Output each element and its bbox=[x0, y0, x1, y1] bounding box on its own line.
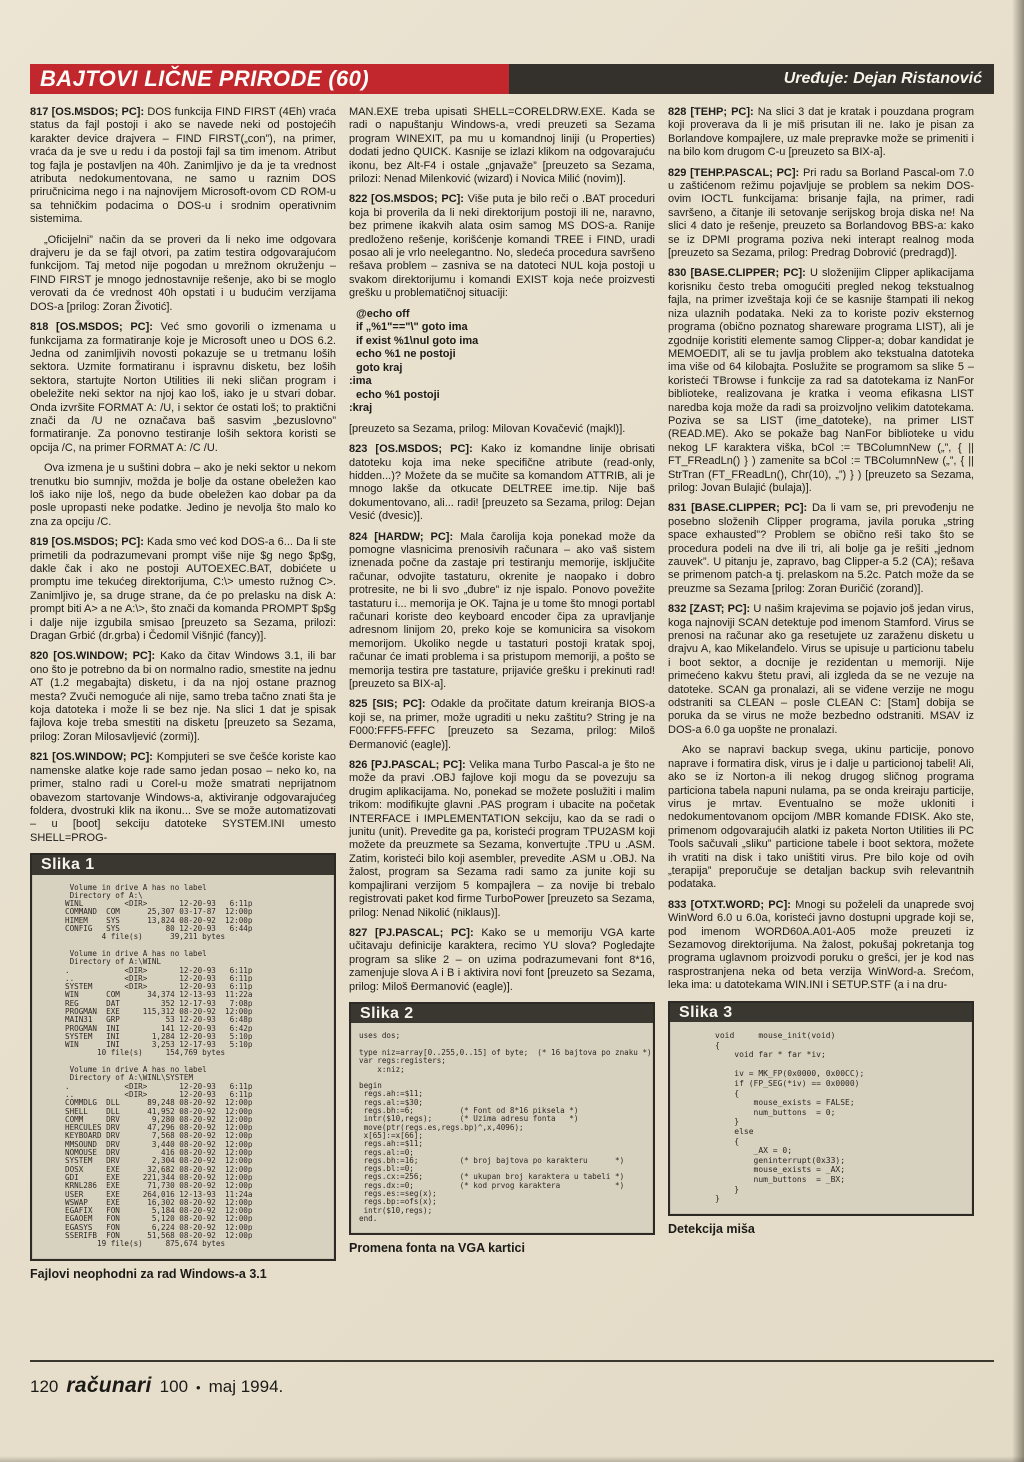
page-footer: 120 računari 100 • maj 1994. bbox=[30, 1374, 283, 1398]
footer-divider bbox=[30, 1360, 994, 1362]
tip-entry: 832 [ZAST; PC]: U našim krajevima se poj… bbox=[668, 603, 974, 737]
tip-lead: 820 [OS.WINDOW; PC]: bbox=[30, 650, 155, 662]
tip-entry: 817 [OS.MSDOS; PC]: DOS funkcija FIND FI… bbox=[30, 106, 336, 227]
magazine-logo: računari bbox=[66, 1374, 151, 1398]
code-line: if „%1"=="\" goto ima bbox=[349, 321, 655, 335]
tip-lead: 831 [BASE.CLIPPER; PC]: bbox=[668, 502, 807, 514]
code-line: :ima bbox=[349, 375, 655, 389]
tip-entry: 821 [OS.WINDOW; PC]: Kompjuteri se sve č… bbox=[30, 751, 336, 845]
column-3: 828 [TEHP; PC]: Na slici 3 dat je kratak… bbox=[668, 106, 974, 1242]
tip-entry: 829 [TEHP.PASCAL; PC]: Pri radu sa Borla… bbox=[668, 167, 974, 261]
tip-lead: 825 [SIS; PC]: bbox=[349, 698, 425, 710]
tip-lead: 824 [HARDW; PC]: bbox=[349, 531, 453, 543]
tip-entry: 831 [BASE.CLIPPER; PC]: Da li vam se, pr… bbox=[668, 502, 974, 596]
tip-lead: 817 [OS.MSDOS; PC]: bbox=[30, 106, 144, 118]
scan-edge-shadow bbox=[1012, 0, 1024, 1462]
tip-entry: 823 [OS.MSDOS; PC]: Kako iz komandne lin… bbox=[349, 443, 655, 523]
tip-entry: 820 [OS.WINDOW; PC]: Kako da čitav Windo… bbox=[30, 650, 336, 744]
footer-date: maj 1994. bbox=[209, 1377, 284, 1397]
tip-lead: 828 [TEHP; PC]: bbox=[668, 106, 754, 118]
article-columns: 817 [OS.MSDOS; PC]: DOS funkcija FIND FI… bbox=[0, 106, 1024, 1287]
figure-caption: Detekcija miša bbox=[668, 1223, 974, 1236]
figure-title: Slika 2 bbox=[351, 1004, 653, 1023]
page-header-banner: BAJTOVI LIČNE PRIRODE (60) Uređuje: Deja… bbox=[30, 64, 994, 94]
tip-lead: 819 [OS.MSDOS; PC]: bbox=[30, 536, 144, 548]
editor-credit: Uređuje: Dejan Ristanović bbox=[509, 64, 994, 94]
figure-body: uses dos; type niz=array[0..255,0..15] o… bbox=[351, 1023, 653, 1233]
figure-slika2: Slika 2uses dos; type niz=array[0..255,0… bbox=[349, 1002, 655, 1235]
code-line: if exist %1\nul goto ima bbox=[349, 335, 655, 349]
tip-lead: 818 [OS.MSDOS; PC]: bbox=[30, 321, 153, 333]
column-1: 817 [OS.MSDOS; PC]: DOS funkcija FIND FI… bbox=[30, 106, 336, 1287]
tip-lead: 822 [OS.MSDOS; PC]: bbox=[349, 193, 464, 205]
tip-entry: 833 [OTXT.WORD; PC]: Mnogi su poželeli d… bbox=[668, 899, 974, 993]
figure-slika1: Slika 1 Volume in drive A has no label D… bbox=[30, 853, 336, 1260]
tip-entry: 827 [PJ.PASCAL; PC]: Kako se u memoriju … bbox=[349, 927, 655, 994]
figure-body: void mouse_init(void) { void far * far *… bbox=[670, 1022, 972, 1214]
tip-lead: 829 [TEHP.PASCAL; PC]: bbox=[668, 167, 799, 179]
figure-slika3: Slika 3void mouse_init(void) { void far … bbox=[668, 1001, 974, 1216]
figure-caption: Promena fonta na VGA kartici bbox=[349, 1242, 655, 1255]
tip-lead: 832 [ZAST; PC]: bbox=[668, 603, 750, 615]
figure-code: uses dos; type niz=array[0..255,0..15] o… bbox=[354, 1032, 650, 1223]
section-title: BAJTOVI LIČNE PRIRODE (60) bbox=[30, 64, 509, 94]
tip-lead: 830 [BASE.CLIPPER; PC]: bbox=[668, 267, 806, 279]
footer-page-number: 120 bbox=[30, 1377, 58, 1397]
scan-bottom-shadow bbox=[0, 1456, 1024, 1462]
tip-lead: 827 [PJ.PASCAL; PC]: bbox=[349, 927, 474, 939]
magazine-page: BAJTOVI LIČNE PRIRODE (60) Uređuje: Deja… bbox=[0, 0, 1024, 1462]
code-line: echo %1 ne postoji bbox=[349, 348, 655, 362]
tip-paragraph: [preuzeto sa Sezama, prilog: Milovan Kov… bbox=[349, 423, 655, 436]
tip-entry: 822 [OS.MSDOS; PC]: Više puta je bilo re… bbox=[349, 193, 655, 300]
inline-code-block: @echo offif „%1"=="\" goto imaif exist %… bbox=[349, 308, 655, 416]
figure-caption: Fajlovi neophodni za rad Windows-a 3.1 bbox=[30, 1268, 336, 1281]
tip-entry: 828 [TEHP; PC]: Na slici 3 dat je kratak… bbox=[668, 106, 974, 160]
code-line: echo %1 postoji bbox=[349, 389, 655, 403]
tip-paragraph: MAN.EXE treba upisati SHELL=CORELDRW.EXE… bbox=[349, 106, 655, 186]
tip-paragraph: „Oficijelni” način da se proveri da li n… bbox=[30, 234, 336, 314]
tip-paragraph: Ova izmena je u suštini dobra – ako je n… bbox=[30, 462, 336, 529]
tip-paragraph: Ako se napravi backup svega, ukinu parti… bbox=[668, 744, 974, 891]
tip-entry: 819 [OS.MSDOS; PC]: Kada smo već kod DOS… bbox=[30, 536, 336, 643]
code-line: @echo off bbox=[349, 308, 655, 322]
figure-code: void mouse_init(void) { void far * far *… bbox=[673, 1031, 969, 1204]
code-line: goto kraj bbox=[349, 362, 655, 376]
tip-entry: 826 [PJ.PASCAL; PC]: Velika mana Turbo P… bbox=[349, 759, 655, 920]
tip-entry: 824 [HARDW; PC]: Mala čarolija koja pone… bbox=[349, 531, 655, 692]
tip-lead: 833 [OTXT.WORD; PC]: bbox=[668, 899, 791, 911]
tip-lead: 821 [OS.WINDOW; PC]: bbox=[30, 751, 153, 763]
footer-issue-number: 100 bbox=[160, 1377, 188, 1397]
tip-entry: 830 [BASE.CLIPPER; PC]: U složenijim Cli… bbox=[668, 267, 974, 495]
code-line: :kraj bbox=[349, 402, 655, 416]
tip-entry: 818 [OS.MSDOS; PC]: Već smo govorili o i… bbox=[30, 321, 336, 455]
figure-title: Slika 1 bbox=[32, 855, 334, 874]
footer-bullet-icon: • bbox=[196, 1380, 201, 1395]
column-2: MAN.EXE treba upisati SHELL=CORELDRW.EXE… bbox=[349, 106, 655, 1262]
figure-title: Slika 3 bbox=[670, 1003, 972, 1022]
figure-code: Volume in drive A has no label Directory… bbox=[35, 884, 331, 1249]
tip-entry: 825 [SIS; PC]: Odakle da pročitate datum… bbox=[349, 698, 655, 752]
tip-lead: 826 [PJ.PASCAL; PC]: bbox=[349, 759, 466, 771]
tip-lead: 823 [OS.MSDOS; PC]: bbox=[349, 443, 473, 455]
figure-body: Volume in drive A has no label Directory… bbox=[32, 875, 334, 1259]
